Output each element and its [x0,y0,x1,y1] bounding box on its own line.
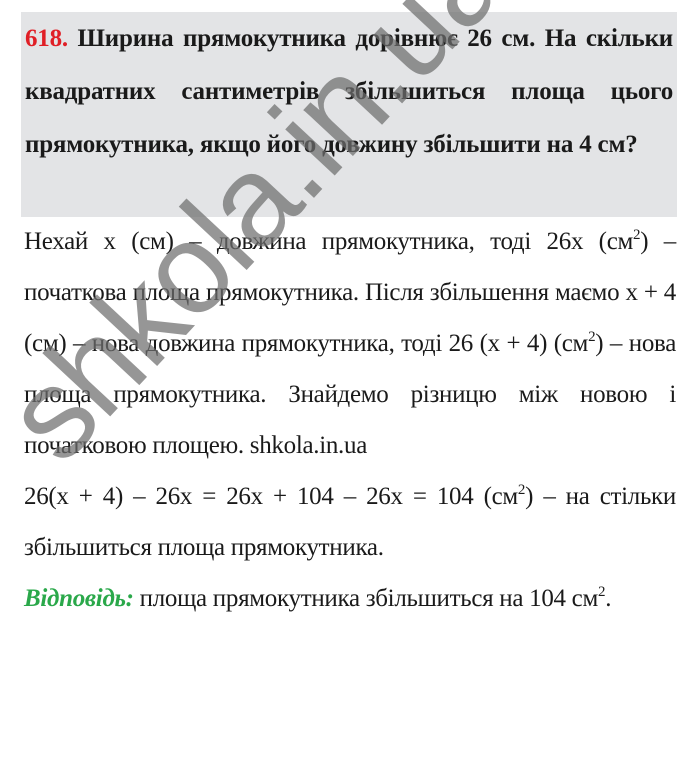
solution: Нехай х (см) – довжина прямокутника, тод… [24,216,676,624]
solution-paragraph-2: 26(х + 4) – 26х = 26х + 104 – 26х = 104 … [24,471,676,573]
answer-text: площа прямокутника збільшиться на 104 см [134,585,598,612]
task-statement: 618. Ширина прямокутника дорівнює 26 см.… [25,12,673,171]
answer-paragraph: Відповідь: площа прямокутника збільшитьс… [24,573,676,624]
solution-text: Нехай х (см) – довжина прямокутника, тод… [24,228,633,255]
task-number: 618. [25,25,68,52]
solution-paragraph-1: Нехай х (см) – довжина прямокутника, тод… [24,216,676,471]
answer-text: . [605,585,611,612]
task-text: Ширина прямокутника дорівнює 26 см. На с… [25,25,673,158]
answer-label: Відповідь: [24,585,134,612]
equation-text: 26(х + 4) – 26х = 26х + 104 – 26х = 104 … [24,483,518,510]
task-statement-box: 618. Ширина прямокутника дорівнює 26 см.… [21,12,677,217]
